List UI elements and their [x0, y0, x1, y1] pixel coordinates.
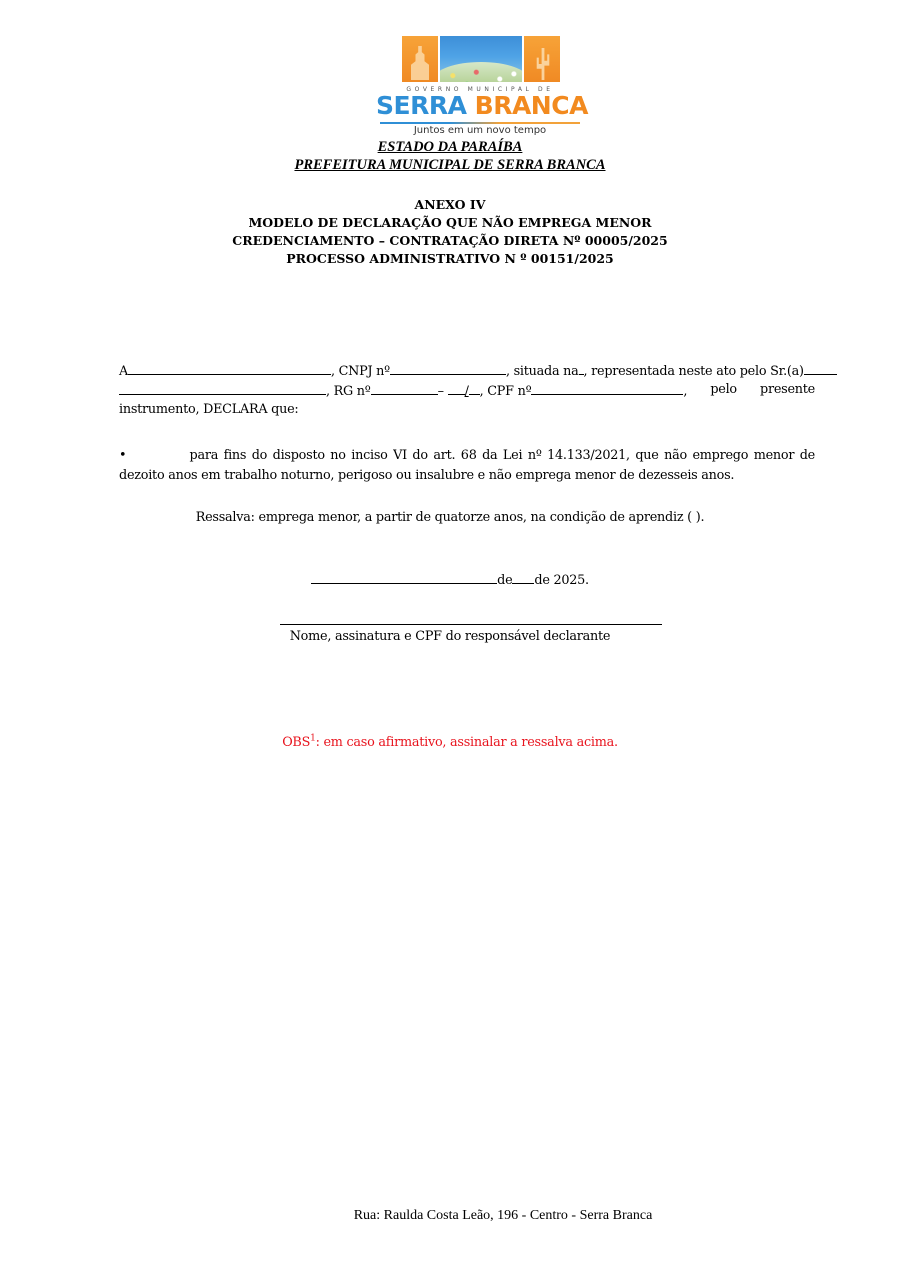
- logo-name-serra: SERRA: [376, 91, 466, 120]
- declaration-line-1: A, CNPJ nº, situada na, representada nes…: [119, 360, 815, 380]
- date-line: dede 2025.: [0, 569, 900, 591]
- rg-label: , RG nº: [326, 384, 371, 399]
- bullet-word: menor: [754, 446, 795, 466]
- bullet-word: Lei: [503, 446, 522, 466]
- logo-city-name: SERRA BRANCA: [376, 91, 584, 121]
- represented-label: , representada neste ato pelo Sr.(a): [584, 364, 804, 379]
- bullet-line-1: • parafinsdodispostonoincisoVIdoart.68da…: [119, 446, 815, 466]
- declaration-line-3: instrumento, DECLARA que:: [119, 400, 815, 420]
- bullet-word: da: [482, 446, 497, 466]
- city-hill-icon: [440, 62, 522, 82]
- declaration-line-2: , RG nº– /, CPF nº, pelo presente: [119, 380, 815, 400]
- situated-label: , situada na: [506, 364, 579, 379]
- bullet-icon: •: [119, 446, 184, 466]
- bullet-word: do: [412, 446, 427, 466]
- bullet-word: nº: [528, 446, 542, 466]
- accreditation-title: CREDENCIAMENTO – CONTRATAÇÃO DIRETA Nº 0…: [0, 232, 900, 250]
- bullet-word: fins: [224, 446, 247, 466]
- representative-name-blank[interactable]: [119, 380, 326, 395]
- process-title: PROCESSO ADMINISTRATIVO N º 00151/2025: [0, 250, 900, 268]
- bullet-word: emprego: [692, 446, 748, 466]
- bullet-line-2: dezoito anos em trabalho noturno, perigo…: [119, 466, 815, 486]
- observation-note: OBS1: em caso afirmativo, assinalar a re…: [0, 733, 900, 753]
- cpf-label: , CPF nº: [480, 384, 532, 399]
- cnpj-label: , CNPJ nº: [331, 364, 390, 379]
- logo-name-branca: BRANCA: [475, 91, 588, 120]
- cactus-icon: [536, 48, 550, 80]
- signature-line[interactable]: [280, 624, 662, 625]
- text-de: de: [497, 573, 512, 588]
- state-name: ESTADO DA PARAÍBA: [0, 138, 900, 156]
- footer-address: Rua: Raulda Costa Leão, 196 - Centro - S…: [0, 1208, 900, 1224]
- rg-cpf-group: , RG nº– /, CPF nº,: [119, 380, 687, 400]
- comma: ,: [683, 384, 687, 399]
- rg-state-blank[interactable]: [469, 380, 480, 395]
- logo-image-strip: [402, 36, 560, 82]
- document-page: GOVERNO MUNICIPAL DE SERRA BRANCA Juntos…: [0, 0, 900, 1273]
- declaration-paragraph: A, CNPJ nº, situada na, representada nes…: [119, 360, 815, 420]
- church-icon: [411, 46, 429, 80]
- cpf-blank[interactable]: [531, 380, 683, 395]
- bullet-word: no: [330, 446, 345, 466]
- ressalva-text: Ressalva: emprega menor, a partir de qua…: [0, 508, 900, 528]
- rg-issuer-blank[interactable]: [448, 380, 465, 395]
- municipal-logo: GOVERNO MUNICIPAL DE SERRA BRANCA Juntos…: [376, 36, 584, 138]
- obs-label: OBS: [282, 735, 310, 750]
- company-name-blank[interactable]: [128, 360, 331, 375]
- text-pelo: pelo: [710, 380, 737, 400]
- document-title: ANEXO IV MODELO DE DECLARAÇÃO QUE NÃO EM…: [0, 196, 900, 268]
- church-image: [402, 36, 438, 82]
- bullet-word: que: [635, 446, 658, 466]
- signature-label: Nome, assinatura e CPF do responsável de…: [0, 627, 900, 647]
- text-a: A: [119, 364, 128, 379]
- bullet-word: inciso: [351, 446, 387, 466]
- obs-text: : em caso afirmativo, assinalar a ressal…: [316, 735, 618, 750]
- bullet-word: disposto: [273, 446, 325, 466]
- bullet-word: não: [664, 446, 687, 466]
- logo-slogan: Juntos em um novo tempo: [376, 124, 584, 138]
- month-blank[interactable]: [512, 569, 534, 584]
- cnpj-blank[interactable]: [390, 360, 506, 375]
- city-blank[interactable]: [311, 569, 497, 584]
- model-title: MODELO DE DECLARAÇÃO QUE NÃO EMPREGA MEN…: [0, 214, 900, 232]
- bullet-word: para: [190, 446, 219, 466]
- dash: –: [438, 384, 444, 399]
- bullet-paragraph: • parafinsdodispostonoincisoVIdoart.68da…: [119, 446, 815, 486]
- representative-blank[interactable]: [804, 360, 837, 375]
- bullet-word: 68: [461, 446, 477, 466]
- annex-title: ANEXO IV: [0, 196, 900, 214]
- rg-blank[interactable]: [371, 380, 438, 395]
- bullet-word: do: [252, 446, 267, 466]
- bullet-word: 14.133/2021,: [547, 446, 630, 466]
- text-de-year: de 2025.: [534, 573, 588, 588]
- municipality-name: PREFEITURA MUNICIPAL DE SERRA BRANCA: [0, 156, 900, 174]
- bullet-word: de: [800, 446, 815, 466]
- cactus-image: [524, 36, 560, 82]
- city-image: [440, 36, 522, 82]
- text-presente: presente: [760, 380, 815, 400]
- state-header: ESTADO DA PARAÍBA PREFEITURA MUNICIPAL D…: [0, 138, 900, 174]
- bullet-word: VI: [393, 446, 407, 466]
- bullet-word: art.: [433, 446, 455, 466]
